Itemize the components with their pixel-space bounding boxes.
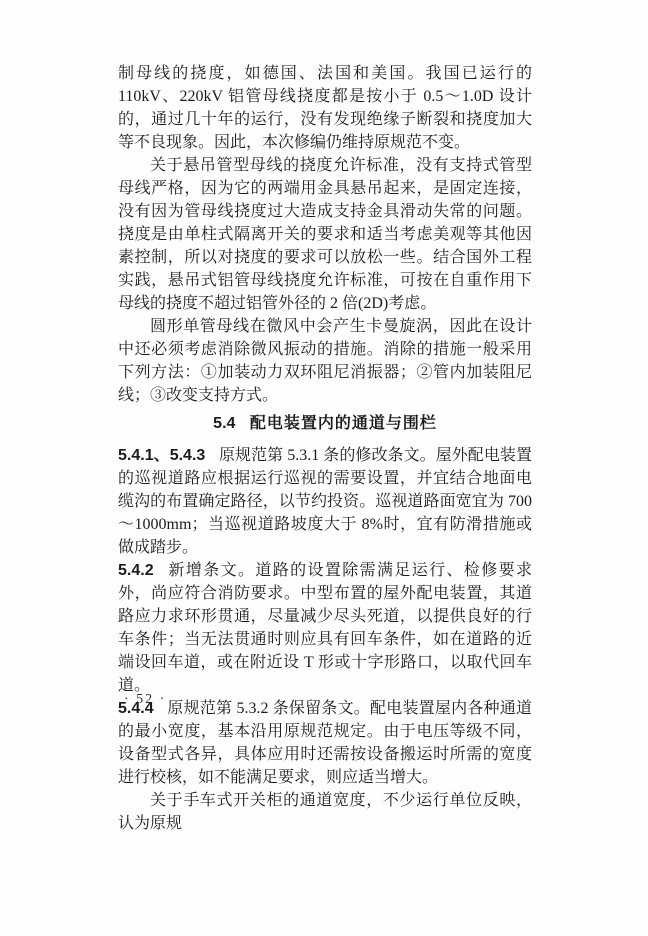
clause-text: 原规范第 5.3.2 条保留条文。配电装置屋内各种通道的最小宽度，基本沿用原规范… <box>118 700 532 786</box>
body-paragraph-switchgear-aisle: 关于手车式开关柜的通道宽度，不少运行单位反映，认为原规 <box>118 789 532 835</box>
clause-paragraph-542: 5.4.2新增条文。道路的设置除需满足运行、检修要求外，尚应符合消防要求。中型布… <box>118 559 532 697</box>
body-paragraph-continuation: 制母线的挠度，如德国、法国和美国。我国已运行的 110kV、220kV 铝管母线… <box>118 62 532 154</box>
section-number: 5.4 <box>213 415 235 432</box>
clause-number: 5.4.1、5.4.3 <box>118 447 205 464</box>
text-block: 制母线的挠度，如德国、法国和美国。我国已运行的 110kV、220kV 铝管母线… <box>118 62 532 835</box>
body-paragraph-vibration: 圆形单管母线在微风中会产生卡曼旋涡，因此在设计中还必须考虑消除微风振动的措施。消… <box>118 315 532 407</box>
body-paragraph-suspended-busbar: 关于悬吊管型母线的挠度允许标准，没有支持式管型母线严格，因为它的两端用金具悬吊起… <box>118 154 532 315</box>
section-title: 配电装置内的通道与围栏 <box>250 415 437 432</box>
document-page: 制母线的挠度，如德国、法国和美国。我国已运行的 110kV、220kV 铝管母线… <box>0 0 648 936</box>
section-heading: 5.4配电装置内的通道与围栏 <box>118 412 532 435</box>
clause-number: 5.4.2 <box>118 562 154 579</box>
clause-paragraph-541-543: 5.4.1、5.4.3原规范第 5.3.1 条的修改条文。屋外配电装置的巡视道路… <box>118 444 532 559</box>
page-number: · 52 · <box>124 691 166 709</box>
clause-text: 新增条文。道路的设置除需满足运行、检修要求外，尚应符合消防要求。中型布置的屋外配… <box>118 562 532 694</box>
clause-paragraph-544: 5.4.4原规范第 5.3.2 条保留条文。配电装置屋内各种通道的最小宽度，基本… <box>118 697 532 789</box>
